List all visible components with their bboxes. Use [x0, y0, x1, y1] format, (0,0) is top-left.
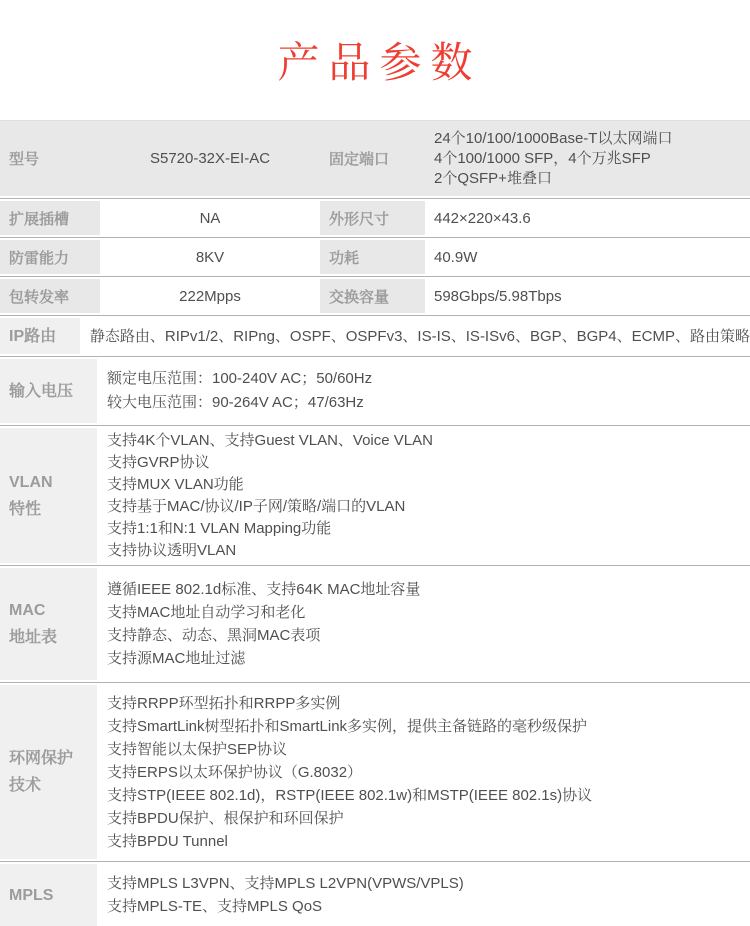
spec-label-line: IP路由	[9, 323, 80, 350]
spec-row-expansion-slot: 扩展插槽 NA 外形尺寸 442×220×43.6	[0, 201, 750, 235]
spec-content-line: 遵循IEEE 802.1d标准、支持64K MAC地址容量	[107, 578, 750, 601]
spec-row-model: 型号 S5720-32X-EI-AC 固定端口 24个10/100/1000Ba…	[0, 121, 750, 196]
spec-label-dimensions: 外形尺寸	[320, 201, 425, 235]
spec-row-ring-protection: 环网保护 技术 支持RRPP环型拓扑和RRPP多实例 支持SmartLink树型…	[0, 685, 750, 859]
spec-value-fixed-ports: 24个10/100/1000Base-T以太网端口 4个100/1000 SFP…	[425, 121, 750, 196]
spec-label-ring-protection: 环网保护 技术	[0, 685, 97, 859]
row-divider	[0, 313, 750, 318]
spec-label-input-voltage: 输入电压	[0, 359, 97, 423]
spec-content-line: 支持智能以太保护SEP协议	[107, 738, 750, 761]
spec-label-mpls: MPLS	[0, 864, 97, 926]
spec-content-line: 额定电压范围：100-240V AC；50/60Hz	[107, 367, 750, 391]
spec-value-line: 4个100/1000 SFP，4个万兆SFP	[434, 149, 651, 169]
spec-content-line: 支持RRPP环型拓扑和RRPP多实例	[107, 692, 750, 715]
spec-content-line: 静态路由、RIPv1/2、RIPng、OSPF、OSPFv3、IS-IS、IS-…	[90, 325, 750, 348]
spec-content-line: 支持BPDU保护、根保护和环回保护	[107, 807, 750, 830]
spec-content-line: 支持静态、动态、黑洞MAC表项	[107, 624, 750, 647]
spec-label-fixed-ports: 固定端口	[320, 121, 425, 196]
spec-content-line: 支持MPLS-TE、支持MPLS QoS	[107, 895, 750, 918]
product-spec-page: 产品参数 型号 S5720-32X-EI-AC 固定端口 24个10/100/1…	[0, 0, 750, 926]
row-divider	[0, 423, 750, 428]
spec-label-line: 环网保护	[9, 745, 97, 772]
spec-value-power-consumption: 40.9W	[425, 240, 750, 274]
spec-value-line: 2个QSFP+堆叠口	[434, 169, 552, 189]
spec-label-line: MAC	[9, 597, 97, 624]
spec-value-dimensions: 442×220×43.6	[425, 201, 750, 235]
spec-content-line: 支持GVRP协议	[107, 452, 750, 474]
spec-content-line: 较大电压范围：90-264V AC；47/63Hz	[107, 391, 750, 415]
page-title: 产品参数	[268, 30, 481, 90]
spec-content-line: 支持MAC地址自动学习和老化	[107, 601, 750, 624]
spec-label-power-consumption: 功耗	[320, 240, 425, 274]
spec-table: 型号 S5720-32X-EI-AC 固定端口 24个10/100/1000Ba…	[0, 120, 750, 926]
spec-label-switching-capacity: 交换容量	[320, 279, 425, 313]
spec-value-switching-capacity: 598Gbps/5.98Tbps	[425, 279, 750, 313]
spec-label-line: 技术	[9, 772, 97, 799]
spec-content-line: 支持源MAC地址过滤	[107, 647, 750, 670]
spec-content-mac-table: 遵循IEEE 802.1d标准、支持64K MAC地址容量 支持MAC地址自动学…	[97, 568, 750, 680]
title-band: 产品参数	[0, 0, 750, 120]
spec-content-line: 支持MUX VLAN功能	[107, 474, 750, 496]
spec-label-line: 地址表	[9, 624, 97, 651]
spec-row-lightning-protection: 防雷能力 8KV 功耗 40.9W	[0, 240, 750, 274]
spec-content-mpls: 支持MPLS L3VPN、支持MPLS L2VPN(VPWS/VPLS) 支持M…	[97, 864, 750, 926]
spec-value-model: S5720-32X-EI-AC	[100, 121, 320, 196]
spec-value-expansion-slot: NA	[100, 201, 320, 235]
row-divider	[0, 563, 750, 568]
spec-label-ip-routing: IP路由	[0, 318, 80, 354]
spec-label-expansion-slot: 扩展插槽	[0, 201, 100, 235]
spec-content-input-voltage: 额定电压范围：100-240V AC；50/60Hz 较大电压范围：90-264…	[97, 359, 750, 423]
spec-label-lightning-protection: 防雷能力	[0, 240, 100, 274]
spec-value-lightning-protection: 8KV	[100, 240, 320, 274]
spec-content-vlan-features: 支持4K个VLAN、支持Guest VLAN、Voice VLAN 支持GVRP…	[97, 428, 750, 563]
spec-content-line: 支持MPLS L3VPN、支持MPLS L2VPN(VPWS/VPLS)	[107, 872, 750, 895]
spec-row-mpls: MPLS 支持MPLS L3VPN、支持MPLS L2VPN(VPWS/VPLS…	[0, 864, 750, 926]
row-divider	[0, 235, 750, 240]
row-divider	[0, 274, 750, 279]
spec-label-vlan-features: VLAN 特性	[0, 428, 97, 563]
spec-label-line: MPLS	[9, 882, 97, 909]
spec-row-input-voltage: 输入电压 额定电压范围：100-240V AC；50/60Hz 较大电压范围：9…	[0, 359, 750, 423]
spec-row-vlan-features: VLAN 特性 支持4K个VLAN、支持Guest VLAN、Voice VLA…	[0, 428, 750, 563]
spec-content-ring-protection: 支持RRPP环型拓扑和RRPP多实例 支持SmartLink树型拓扑和Smart…	[97, 685, 750, 859]
row-divider	[0, 859, 750, 864]
spec-content-line: 支持1:1和N:1 VLAN Mapping功能	[107, 518, 750, 540]
spec-row-mac-table: MAC 地址表 遵循IEEE 802.1d标准、支持64K MAC地址容量 支持…	[0, 568, 750, 680]
row-divider	[0, 196, 750, 201]
row-divider	[0, 354, 750, 359]
spec-row-ip-routing: IP路由 静态路由、RIPv1/2、RIPng、OSPF、OSPFv3、IS-I…	[0, 318, 750, 354]
spec-label-line: VLAN	[9, 469, 97, 496]
spec-label-forwarding-rate: 包转发率	[0, 279, 100, 313]
spec-label-line: 输入电压	[9, 378, 97, 405]
spec-content-line: 支持STP(IEEE 802.1d)，RSTP(IEEE 802.1w)和MST…	[107, 784, 750, 807]
spec-content-line: 支持BPDU Tunnel	[107, 830, 750, 853]
spec-content-line: 支持基于MAC/协议/IP子网/策略/端口的VLAN	[107, 496, 750, 518]
spec-content-ip-routing: 静态路由、RIPv1/2、RIPng、OSPF、OSPFv3、IS-IS、IS-…	[80, 318, 750, 354]
spec-content-line: 支持协议透明VLAN	[107, 540, 750, 562]
spec-label-mac-table: MAC 地址表	[0, 568, 97, 680]
spec-content-line: 支持4K个VLAN、支持Guest VLAN、Voice VLAN	[107, 430, 750, 452]
spec-row-forwarding-rate: 包转发率 222Mpps 交换容量 598Gbps/5.98Tbps	[0, 279, 750, 313]
spec-content-line: 支持SmartLink树型拓扑和SmartLink多实例，提供主备链路的毫秒级保…	[107, 715, 750, 738]
spec-value-line: 24个10/100/1000Base-T以太网端口	[434, 129, 672, 149]
spec-label-line: 特性	[9, 496, 97, 523]
spec-label-model: 型号	[0, 121, 100, 196]
spec-content-line: 支持ERPS以太环保护协议（G.8032）	[107, 761, 750, 784]
spec-value-forwarding-rate: 222Mpps	[100, 279, 320, 313]
row-divider	[0, 680, 750, 685]
